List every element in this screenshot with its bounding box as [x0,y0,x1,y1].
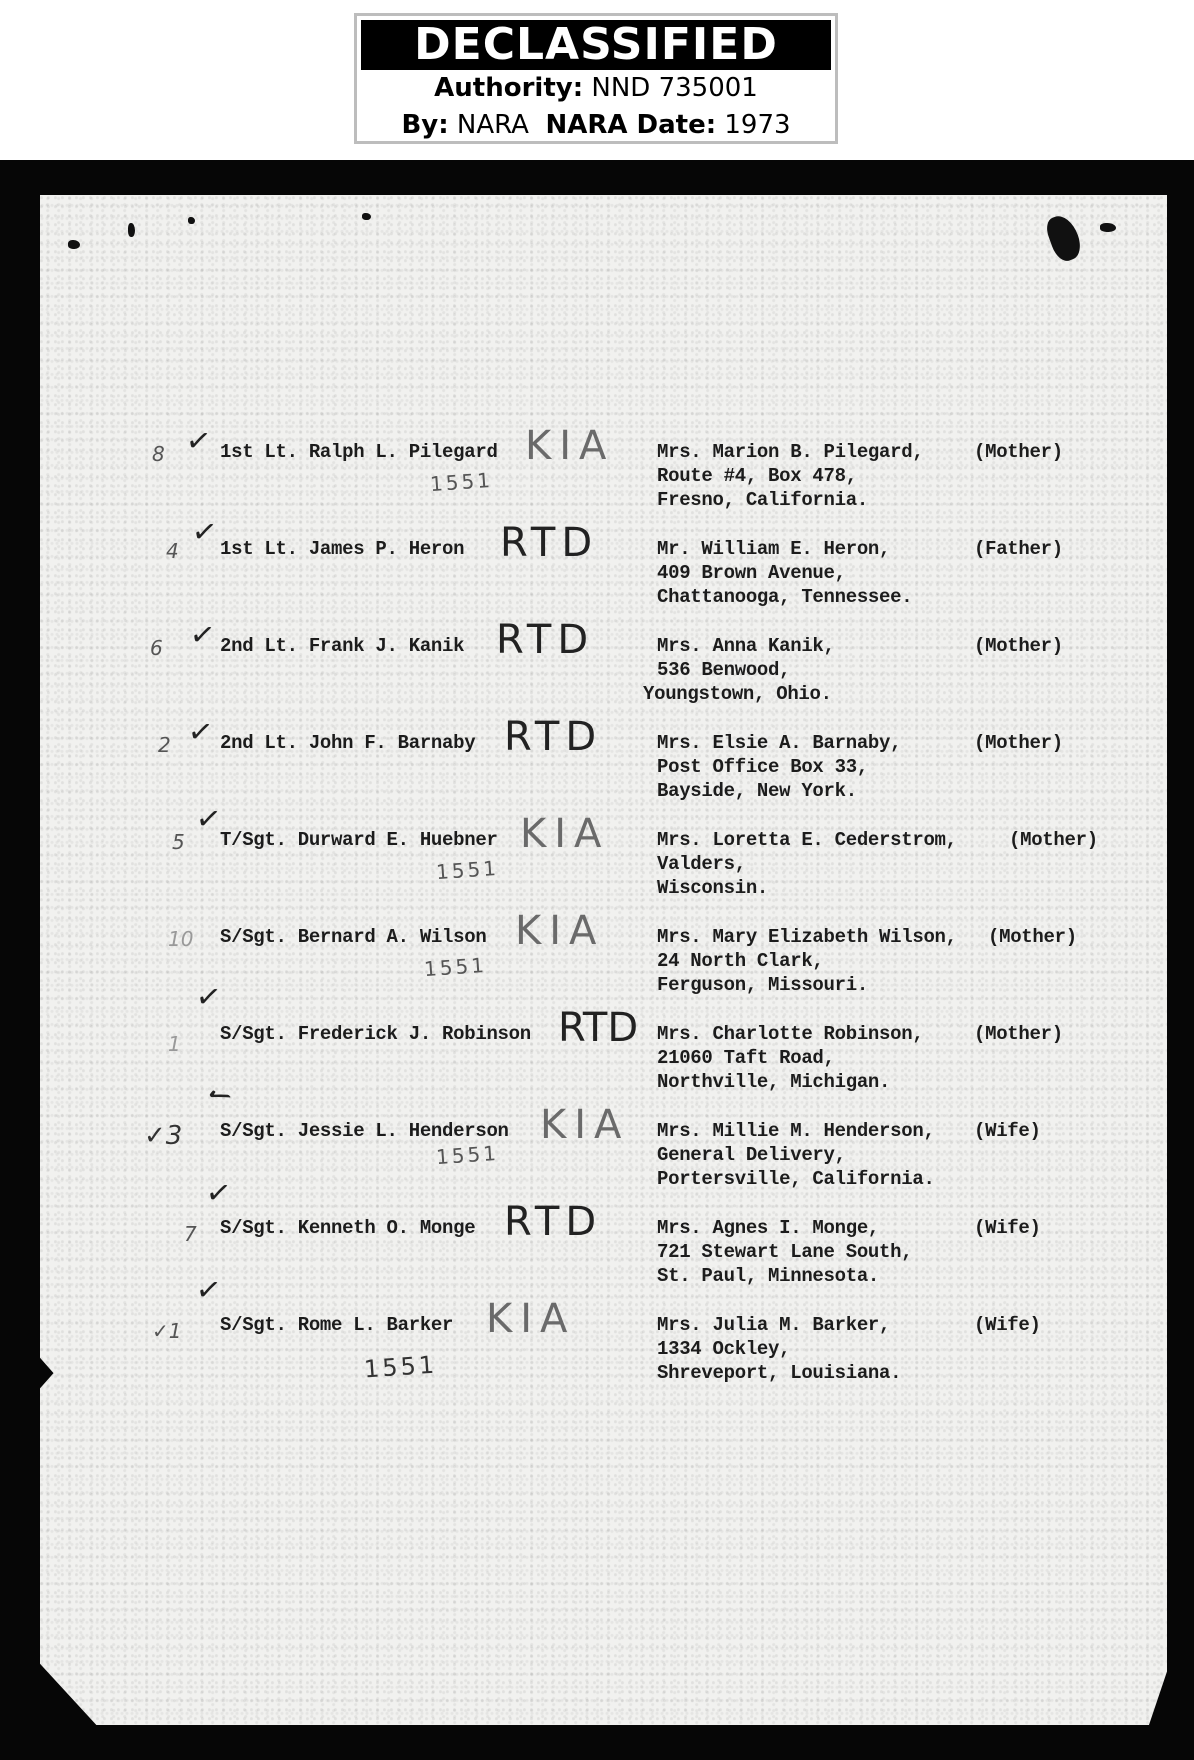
casualty-entry: 5 ✓ T/Sgt. Durward E. Huebner KIA 1551 M… [0,828,1194,918]
status-annotation: RTD [500,523,598,563]
soldier-name: 2nd Lt. Frank J. Kanik [220,634,464,658]
status-annotation: KIA [540,1105,629,1145]
authority-value: NND 735001 [591,73,757,103]
address-line-1: Post Office Box 33, [657,755,868,779]
stamp-title: DECLASSIFIED [361,20,831,70]
soldier-name: 1st Lt. James P. Heron [220,537,464,561]
casualty-entry: 6 ✓ 2nd Lt. Frank J. Kanik RTD Mrs. Anna… [0,634,1194,724]
status-annotation: KIA [525,426,614,466]
address-line-1: 409 Brown Avenue, [657,561,846,585]
date-label: NARA Date: [545,110,716,140]
code-annotation: 1551 [423,953,487,981]
ink-blot [1043,212,1085,265]
status-annotation: KIA [486,1299,575,1339]
casualty-entry: 1 ✓ S/Sgt. Frederick J. Robinson RTD Mrs… [0,1022,1194,1112]
margin-number: 8 [152,442,165,466]
contact-name: Mrs. Julia M. Barker, [657,1313,890,1337]
check-mark-icon: ✓ [194,1271,224,1309]
authority-label: Authority: [434,73,583,103]
relation: (Wife) [974,1313,1041,1337]
ink-blot [1100,223,1116,232]
address-line-1: 21060 Taft Road, [657,1046,835,1070]
address-line-1: General Delivery, [657,1143,846,1167]
casualty-entry: ✓3 ✓ S/Sgt. Jessie L. Henderson KIA 1551… [0,1119,1194,1209]
relation: (Father) [974,537,1063,561]
margin-number: 4 [166,539,179,563]
relation: (Mother) [974,1022,1063,1046]
address-line-2: Ferguson, Missouri. [657,973,868,997]
status-annotation: RTD [504,1202,602,1242]
check-mark-icon: ✓ [188,616,218,654]
margin-number: ✓1 [152,1319,181,1343]
address-line-1: Route #4, Box 478, [657,464,857,488]
address-line-1: 536 Benwood, [657,658,790,682]
contact-name: Mrs. Marion B. Pilegard, [657,440,923,464]
address-line-2: Northville, Michigan. [657,1070,890,1094]
status-annotation: RTD [558,1008,638,1048]
casualty-entry: 10 S/Sgt. Bernard A. Wilson KIA 1551 Mrs… [0,925,1194,1015]
relation: (Mother) [988,925,1077,949]
margin-number: 10 [168,927,193,951]
code-annotation: 1551 [435,1141,499,1169]
address-line-2: Portersville, California. [657,1167,935,1191]
casualty-entry: 7 ✓ S/Sgt. Kenneth O. Monge RTD Mrs. Agn… [0,1216,1194,1306]
soldier-name: S/Sgt. Rome L. Barker [220,1313,453,1337]
soldier-name: 2nd Lt. John F. Barnaby [220,731,475,755]
status-annotation: KIA [515,911,604,951]
soldier-name: 1st Lt. Ralph L. Pilegard [220,440,498,464]
relation: (Mother) [974,731,1063,755]
date-value: 1973 [724,110,790,140]
check-mark-icon: ✓ [186,713,216,751]
margin-number: ✓3 [144,1121,182,1151]
ink-blot [362,213,371,220]
address-line-2: Chattanooga, Tennessee. [657,585,912,609]
casualty-entry: ✓1 ✓ S/Sgt. Rome L. Barker KIA 1551 Mrs.… [0,1313,1194,1403]
margin-number: 7 [184,1222,197,1246]
code-annotation: 1551 [435,856,499,884]
relation: (Wife) [974,1119,1041,1143]
contact-name: Mrs. Mary Elizabeth Wilson, [657,925,957,949]
contact-name: Mrs. Loretta E. Cederstrom, [657,828,957,852]
soldier-name: S/Sgt. Jessie L. Henderson [220,1119,509,1143]
declassified-stamp: DECLASSIFIED Authority: NND 735001 By: N… [354,13,838,144]
address-line-1: 24 North Clark, [657,949,824,973]
address-line-2: Bayside, New York. [657,779,857,803]
check-mark-icon: ✓ [204,1174,234,1212]
address-line-2: Shreveport, Louisiana. [657,1361,901,1385]
relation: (Wife) [974,1216,1041,1240]
soldier-name: S/Sgt. Bernard A. Wilson [220,925,486,949]
margin-number: 5 [172,830,185,854]
contact-name: Mrs. Millie M. Henderson, [657,1119,935,1143]
margin-number: 6 [150,636,163,660]
stamp-authority: Authority: NND 735001 [357,73,835,103]
casualty-entry: 8 ✓ 1st Lt. Ralph L. Pilegard KIA 1551 M… [0,440,1194,530]
check-mark-icon: ✓ [184,422,214,460]
relation: (Mother) [974,634,1063,658]
by-value: NARA [457,110,529,140]
soldier-name: S/Sgt. Frederick J. Robinson [220,1022,531,1046]
ink-blot [188,217,195,224]
contact-name: Mrs. Agnes I. Monge, [657,1216,879,1240]
relation: (Mother) [974,440,1063,464]
margin-number: 2 [158,733,171,757]
contact-name: Mrs. Anna Kanik, [657,634,835,658]
contact-name: Mrs. Elsie A. Barnaby, [657,731,901,755]
soldier-name: S/Sgt. Kenneth O. Monge [220,1216,475,1240]
casualty-entry: 4 ✓ 1st Lt. James P. Heron RTD Mr. Willi… [0,537,1194,627]
stamp-by-date: By: NARA NARA Date: 1973 [357,110,835,140]
by-label: By: [401,110,448,140]
check-mark-icon: ✓ [194,978,224,1016]
address-line-1: Valders, [657,852,746,876]
address-line-2: St. Paul, Minnesota. [657,1264,879,1288]
address-line-2: Youngstown, Ohio. [643,682,832,706]
status-annotation: RTD [504,717,602,757]
ink-blot [68,240,80,249]
contact-name: Mrs. Charlotte Robinson, [657,1022,923,1046]
address-line-2: Wisconsin. [657,876,768,900]
ink-blot [128,223,135,237]
status-annotation: KIA [520,814,609,854]
margin-number: 1 [168,1032,181,1056]
address-line-1: 1334 Ockley, [657,1337,790,1361]
relation: (Mother) [1009,828,1098,852]
status-annotation: RTD [496,620,594,660]
code-annotation: 1551 [429,468,493,496]
casualty-entry: 2 ✓ 2nd Lt. John F. Barnaby RTD Mrs. Els… [0,731,1194,821]
address-line-1: 721 Stewart Lane South, [657,1240,912,1264]
check-mark-icon: ✓ [194,800,224,838]
code-annotation: 1551 [363,1350,438,1383]
address-line-2: Fresno, California. [657,488,868,512]
soldier-name: T/Sgt. Durward E. Huebner [220,828,498,852]
check-mark-icon: ✓ [190,513,220,551]
contact-name: Mr. William E. Heron, [657,537,890,561]
